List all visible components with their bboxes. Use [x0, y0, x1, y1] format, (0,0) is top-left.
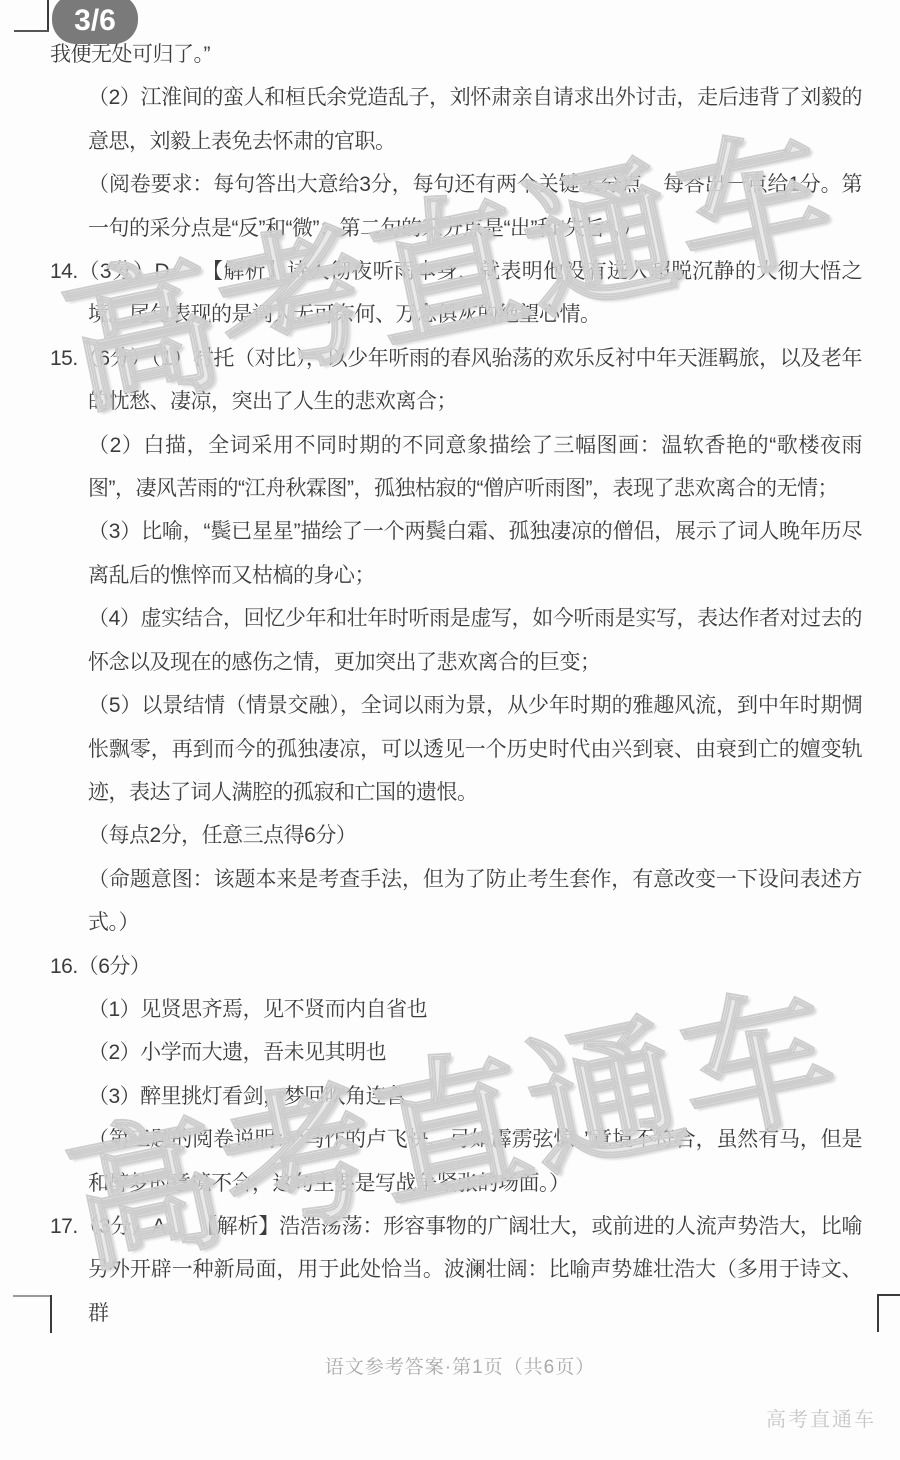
- brand-watermark: 高考直通车: [766, 1403, 876, 1432]
- answer-paragraph: （第三题的阅卷说明：“马作的卢飞快，弓如霹雳弦惊。”意境不符合，虽然有马，但是和…: [50, 1118, 862, 1205]
- answer-paragraph: 14.（3分）D 【解析】诗人彻夜听雨本身，就表明他没有进入超脱沉静的大彻大悟之…: [50, 250, 862, 337]
- corner-mark-bottom-right: [877, 1294, 879, 1332]
- corner-mark-top-left: [47, 0, 49, 32]
- corner-mark-bottom-right-horizontal: [877, 1294, 900, 1296]
- answer-paragraph: （5）以景结情（情景交融），全词以雨为景，从少年时期的雅趣风流，到中年时期惆怅飘…: [50, 684, 862, 814]
- answer-paragraph: （4）虚实结合，回忆少年和壮年时听雨是虚写，如今听雨是实写，表达作者对过去的怀念…: [50, 597, 862, 684]
- answer-paragraph: 17.（3分）A 【解析】浩浩荡荡：形容事物的广阔壮大，或前进的人流声势浩大，比…: [50, 1205, 862, 1335]
- scanned-answer-page: 3/6 我便无处可归了。”（2）江淮间的蛮人和桓氏余党造乱子，刘怀肃亲自请求出外…: [0, 0, 900, 1460]
- answer-paragraph: （3）比喻，“鬓已星星”描绘了一个两鬓白霜、孤独凄凉的僧侣，展示了词人晚年历尽离…: [50, 510, 862, 597]
- answer-paragraph: （命题意图：该题本来是考查手法，但为了防止考生套作，有意改变一下设问表述方式。）: [50, 858, 862, 945]
- answer-paragraph: 16.（6分）: [50, 945, 862, 988]
- corner-mark-bottom-left-horizontal: [13, 1295, 52, 1297]
- answer-paragraph: 我便无处可归了。”: [50, 33, 862, 76]
- answer-paragraph: （2）江淮间的蛮人和桓氏余党造乱子，刘怀肃亲自请求出外讨击，走后违背了刘毅的意思…: [50, 76, 862, 163]
- answer-paragraph: （每点2分，任意三点得6分）: [50, 814, 862, 857]
- corner-mark-top-left-horizontal: [14, 30, 49, 32]
- page-footer: 语文参考答案·第1页（共6页）: [0, 1352, 900, 1379]
- answer-paragraph: （2）小学而大遗，吾未见其明也: [50, 1031, 862, 1074]
- answer-paragraph: （2）白描，全词采用不同时期的不同意象描绘了三幅图画：温软香艳的“歌楼夜雨图”，…: [50, 424, 862, 511]
- answer-content: 我便无处可归了。”（2）江淮间的蛮人和桓氏余党造乱子，刘怀肃亲自请求出外讨击，走…: [50, 33, 862, 1335]
- answer-paragraph: 15.（6分）（1）衬托（对比），以少年听雨的春风骀荡的欢乐反衬中年天涯羁旅，以…: [50, 337, 862, 424]
- corner-mark-bottom-left: [50, 1295, 52, 1333]
- answer-paragraph: （1）见贤思齐焉，见不贤而内自省也: [50, 988, 862, 1031]
- answer-paragraph: （阅卷要求：每句答出大意给3分，每句还有两个关键采分点，每答出一点给1分。第一句…: [50, 163, 862, 250]
- page-number-badge: 3/6: [52, 0, 138, 44]
- answer-paragraph: （3）醉里挑灯看剑，梦回吹角连营: [50, 1075, 862, 1118]
